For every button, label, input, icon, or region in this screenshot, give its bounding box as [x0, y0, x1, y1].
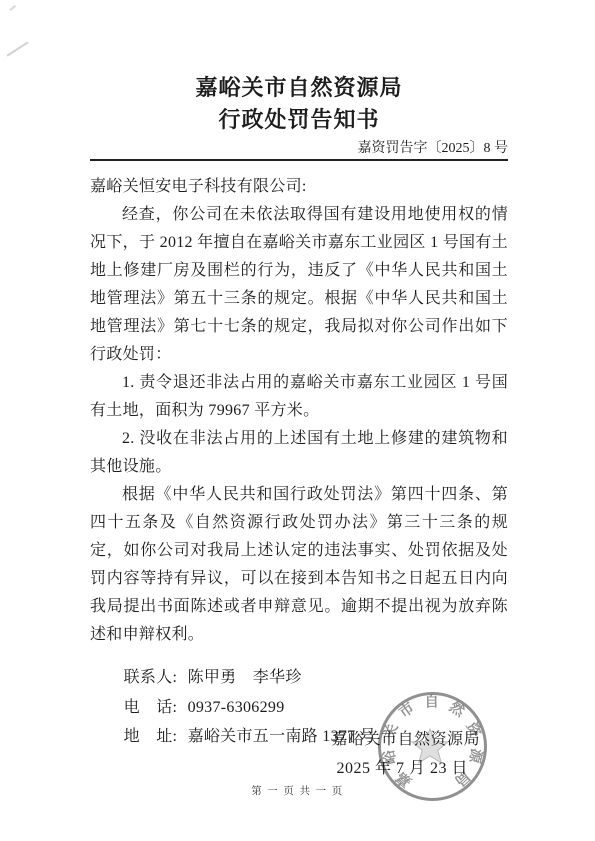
addressee: 嘉峪关恒安电子科技有限公司:: [90, 173, 508, 201]
contact-person-row: 联系人: 陈甲勇 李华珍: [124, 663, 508, 693]
body-paragraph-rights: 根据《中华人民共和国行政处罚法》第四十四条、第四十五条及《自然资源行政处罚办法》…: [90, 481, 508, 649]
scan-artifact-dot: [9, 5, 15, 11]
document-title: 嘉峪关市自然资源局 行政处罚告知书: [90, 0, 508, 136]
title-line-2: 行政处罚告知书: [90, 104, 508, 136]
contact-person-label: 联系人:: [124, 669, 178, 686]
body-paragraph-intro: 经查，你公司在未依法取得国有建设用地使用权的情况下，于 2012 年擅自在嘉峪关…: [90, 201, 508, 369]
seal-star-icon: [412, 729, 448, 763]
body-paragraph-item-2: 2. 没收在非法占用的上述国有土地上修建的建筑物和其他设施。: [90, 425, 508, 481]
title-line-1: 嘉峪关市自然资源局: [90, 72, 508, 104]
document-page: 嘉峪关市自然资源局 行政处罚告知书 嘉资罚告字〔2025〕8 号 嘉峪关恒安电子…: [0, 0, 595, 841]
doc-number-rule: 嘉资罚告字〔2025〕8 号: [90, 140, 508, 161]
body-paragraph-item-1: 1. 责令退还非法占用的嘉峪关市嘉东工业园区 1 号国有土地，面积为 79967…: [90, 369, 508, 425]
contact-phone-value: 0937-6306299: [188, 699, 285, 716]
page-number: 第 一 页 共 一 页: [0, 783, 595, 798]
contact-address-label: 地 址:: [124, 728, 178, 745]
doc-number: 嘉资罚告字〔2025〕8 号: [358, 141, 509, 156]
document-content: 嘉峪关市自然资源局 行政处罚告知书 嘉资罚告字〔2025〕8 号 嘉峪关恒安电子…: [90, 0, 508, 752]
contact-person-value: 陈甲勇 李华珍: [188, 669, 302, 686]
contact-phone-label: 电 话:: [124, 699, 178, 716]
scan-artifact-stroke: [7, 41, 29, 56]
